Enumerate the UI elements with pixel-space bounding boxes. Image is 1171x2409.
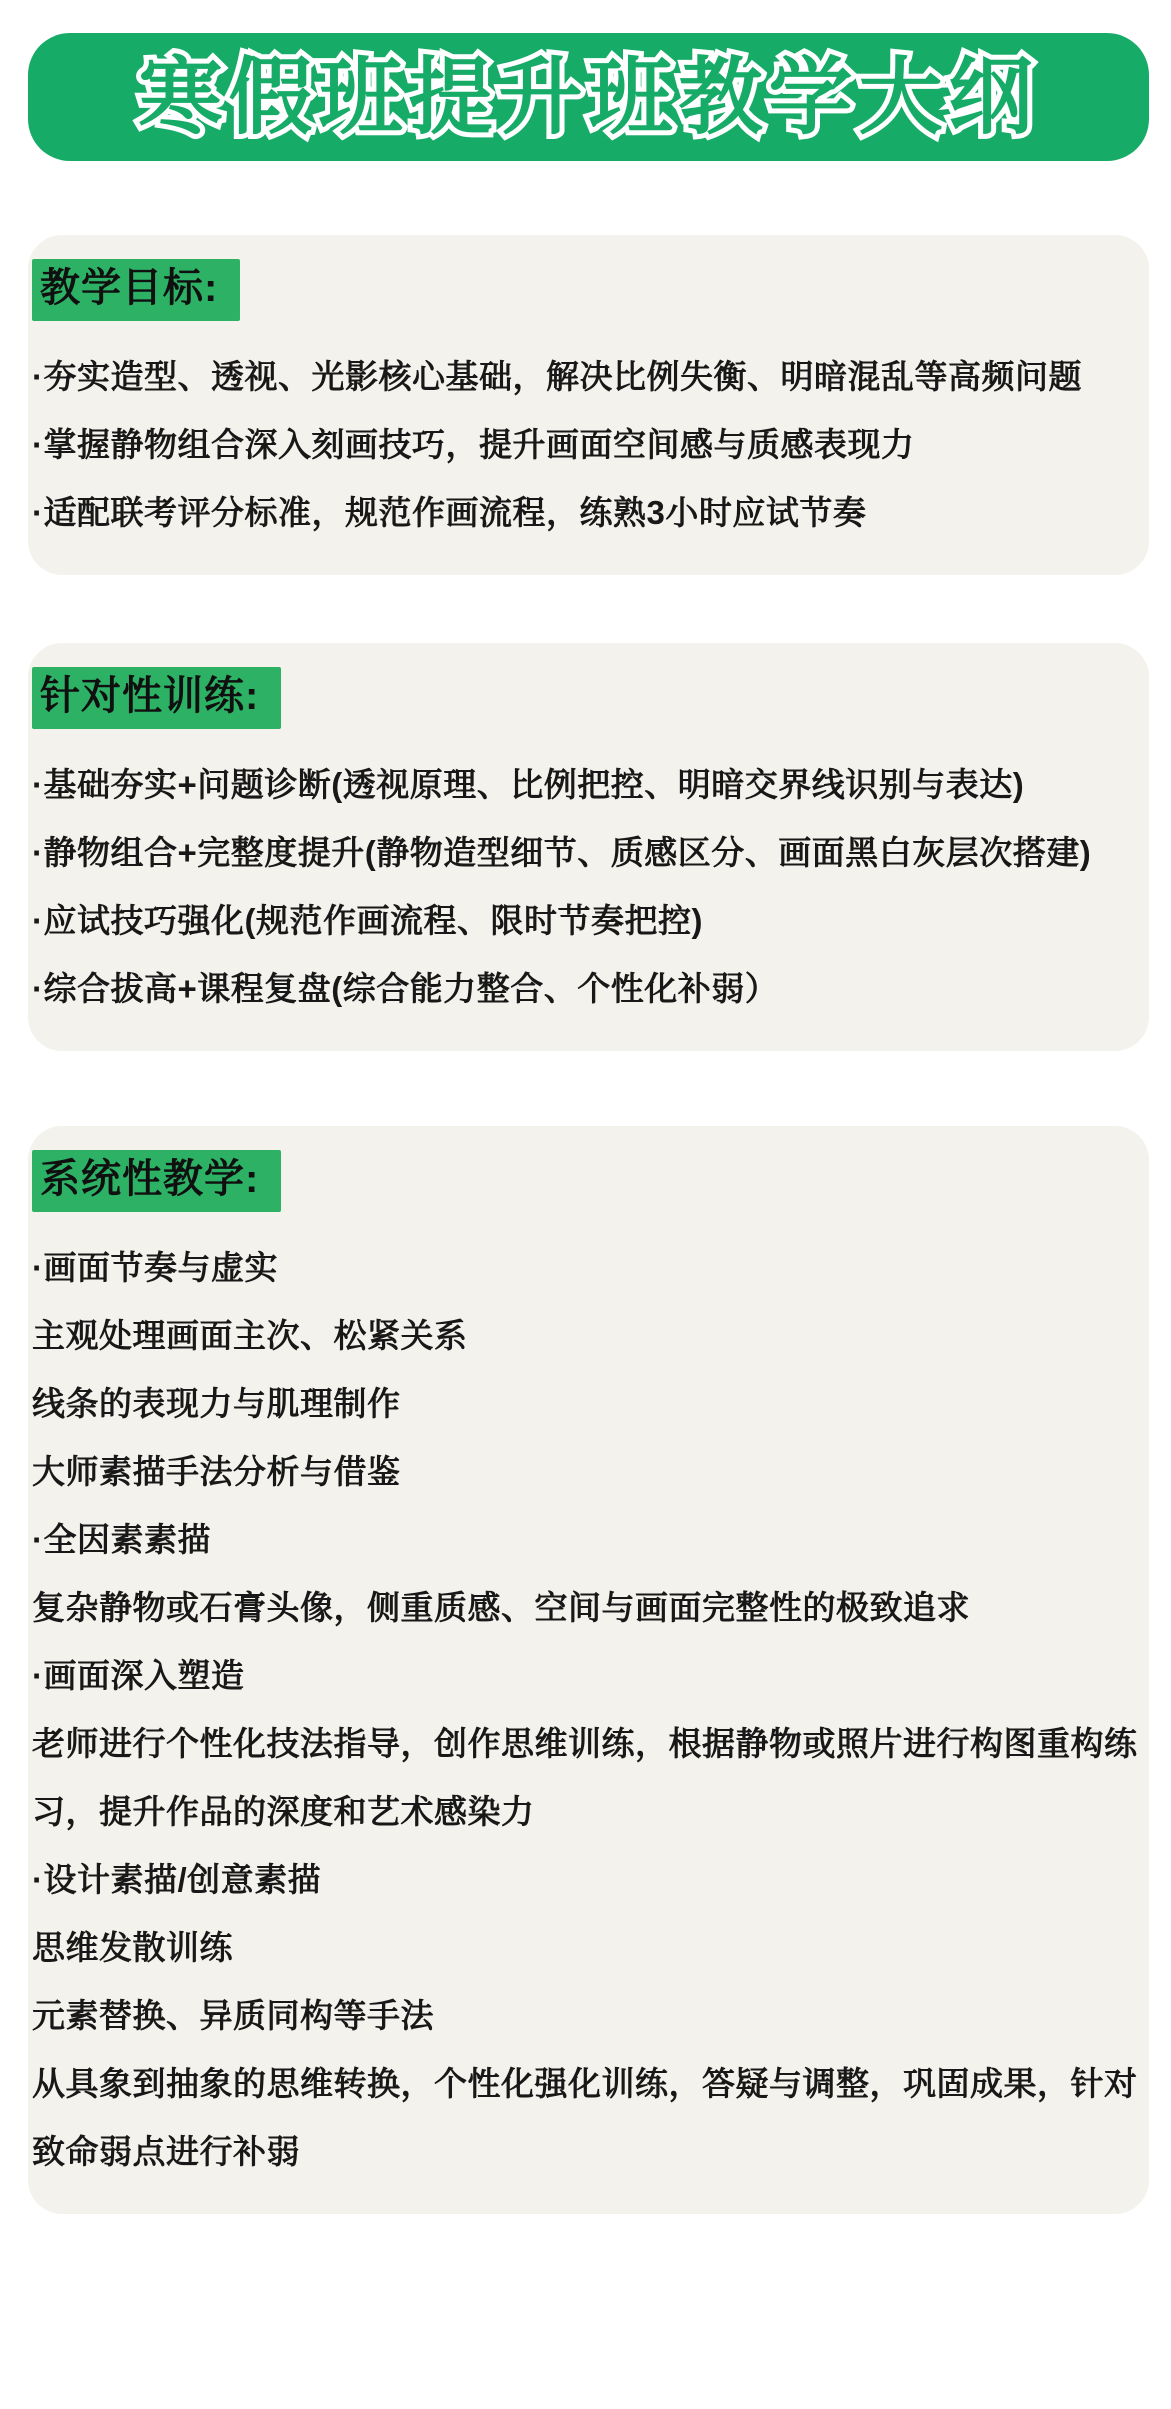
section-systematic-teaching: 系统性教学: ·画面节奏与虚实 主观处理画面主次、松紧关系 线条的表现力与肌理制… [28,1126,1149,2214]
outline-item: 主观处理画面主次、松紧关系 [32,1302,1141,1370]
poster-page: 寒假班提升班教学大纲 寒假班提升班教学大纲 教学目标: ·夯实造型、透视、光影核… [0,0,1171,2409]
outline-item: 元素替换、异质同构等手法 [32,1982,1141,2050]
outline-item: ·基础夯实+问题诊断(透视原理、比例把控、明暗交界线识别与表达) [32,751,1141,819]
outline-item: ·夯实造型、透视、光影核心基础，解决比例失衡、明暗混乱等高频问题 [32,343,1141,411]
section-items: ·画面节奏与虚实 主观处理画面主次、松紧关系 线条的表现力与肌理制作 大师素描手… [32,1234,1141,2186]
outline-item: 大师素描手法分析与借鉴 [32,1438,1141,1506]
outline-item: 从具象到抽象的思维转换，个性化强化训练，答疑与调整，巩固成果，针对致命弱点进行补… [32,2050,1141,2186]
outline-item: ·适配联考评分标准，规范作画流程，练熟3小时应试节奏 [32,479,1141,547]
outline-item: ·全因素素描 [32,1506,1141,1574]
page-title: 寒假班提升班教学大纲 寒假班提升班教学大纲 [138,55,1038,139]
outline-item: 老师进行个性化技法指导，创作思维训练，根据静物或照片进行构图重构练习，提升作品的… [32,1710,1141,1846]
outline-item: ·掌握静物组合深入刻画技巧，提升画面空间感与质感表现力 [32,411,1141,479]
outline-item: 思维发散训练 [32,1914,1141,1982]
outline-item: ·综合拔高+课程复盘(综合能力整合、个性化补弱） [32,955,1141,1023]
outline-item: ·画面深入塑造 [32,1642,1141,1710]
outline-item: 复杂静物或石膏头像，侧重质感、空间与画面完整性的极致追求 [32,1574,1141,1642]
section-heading: 系统性教学: [32,1150,281,1212]
header-banner: 寒假班提升班教学大纲 寒假班提升班教学大纲 [28,33,1149,161]
outline-item: ·设计素描/创意素描 [32,1846,1141,1914]
section-targeted-training: 针对性训练: ·基础夯实+问题诊断(透视原理、比例把控、明暗交界线识别与表达) … [28,643,1149,1051]
section-heading: 教学目标: [32,259,240,321]
section-teaching-goals: 教学目标: ·夯实造型、透视、光影核心基础，解决比例失衡、明暗混乱等高频问题 ·… [28,235,1149,575]
section-heading: 针对性训练: [32,667,281,729]
outline-item: ·静物组合+完整度提升(静物造型细节、质感区分、画面黑白灰层次搭建) [32,819,1141,887]
outline-item: 线条的表现力与肌理制作 [32,1370,1141,1438]
page-title-text: 寒假班提升班教学大纲 [138,50,1038,144]
outline-item: ·画面节奏与虚实 [32,1234,1141,1302]
outline-item: ·应试技巧强化(规范作画流程、限时节奏把控) [32,887,1141,955]
section-items: ·夯实造型、透视、光影核心基础，解决比例失衡、明暗混乱等高频问题 ·掌握静物组合… [32,343,1141,547]
section-items: ·基础夯实+问题诊断(透视原理、比例把控、明暗交界线识别与表达) ·静物组合+完… [32,751,1141,1023]
